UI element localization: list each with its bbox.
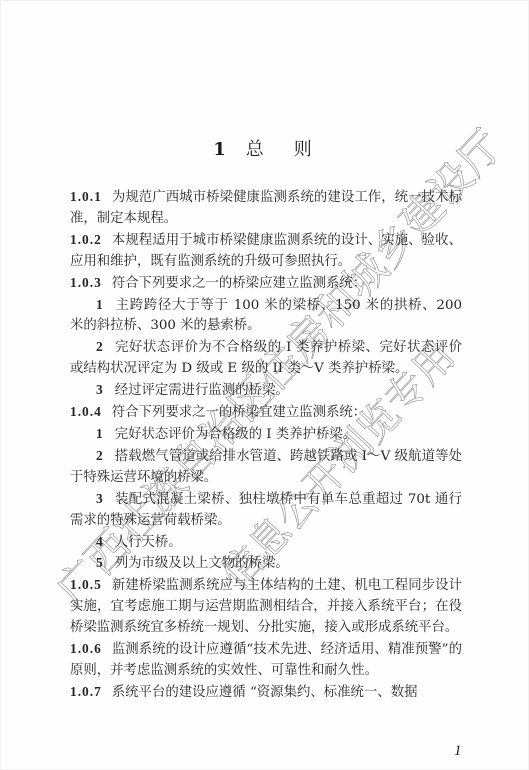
clause-number: 1.0.7 (70, 684, 102, 699)
chapter-title-char: 则 (294, 139, 312, 160)
clause-item: 3装配式混凝土梁桥、独柱墩桥中有单车总重超过 70t 通行需求的特殊运营荷载桥梁… (70, 489, 462, 532)
clause: 1.0.6监测系统的设计应遵循“技术先进、经济适用、精准预警”的原则，并考虑监测… (70, 639, 462, 682)
clause-item: 1主跨跨径大于等于 100 米的梁桥、150 米的拱桥、200 米的斜拉桥、30… (70, 295, 462, 338)
chapter-number: 1 (213, 139, 226, 160)
clause: 1.0.2本规程适用于城市桥梁健康监测系统的设计、实施、验收、应用和维护，既有监… (70, 230, 462, 273)
page-number: 1 (454, 743, 462, 760)
clause: 1.0.5新建桥梁监测系统应与主体结构的土建、机电工程同步设计实施，宜考虑施工期… (70, 575, 462, 639)
body-text: 1.0.1为规范广西城市桥梁健康监测系统的建设工作，统一技术标准，制定本规程。 … (70, 187, 462, 704)
item-number: 3 (96, 491, 103, 506)
clause-item: 2完好状态评价为不合格级的 I 类养护桥梁、完好状态评价或结构状况评定为 D 级… (70, 337, 462, 380)
clause-number: 1.0.6 (70, 641, 102, 656)
clause-number: 1.0.4 (70, 404, 102, 419)
item-number: 4 (96, 534, 103, 549)
clause-number: 1.0.3 (70, 275, 102, 290)
chapter-title: 1总 则 (1, 135, 529, 161)
clause: 1.0.1为规范广西城市桥梁健康监测系统的建设工作，统一技术标准，制定本规程。 (70, 187, 462, 230)
clause: 1.0.4符合下列要求之一的桥梁宜建立监测系统： (70, 402, 462, 424)
clause-number: 1.0.1 (70, 189, 102, 204)
clause-item: 4人行天桥。 (70, 532, 462, 554)
item-number: 1 (96, 426, 103, 441)
clause-item: 5列为市级及以上文物的桥梁。 (70, 553, 462, 575)
item-number: 2 (96, 448, 103, 463)
item-number: 1 (96, 297, 103, 312)
item-number: 5 (96, 555, 103, 570)
clause: 1.0.3符合下列要求之一的桥梁应建立监测系统： (70, 273, 462, 295)
clause-item: 3经过评定需进行监测的桥梁。 (70, 380, 462, 402)
clause: 1.0.7系统平台的建设应遵循 “资源集约、标准统一、数据 (70, 682, 462, 704)
chapter-title-char: 总 (246, 139, 264, 160)
item-number: 2 (96, 339, 103, 354)
clause-item: 2搭载燃气管道或给排水管道、跨越铁路或 I～V 级航道等处于特殊运营环境的桥梁。 (70, 446, 462, 489)
clause-number: 1.0.5 (70, 577, 102, 592)
document-page: 1总 则 1.0.1为规范广西城市桥梁健康监测系统的建设工作，统一技术标准，制定… (0, 0, 529, 770)
clause-number: 1.0.2 (70, 232, 102, 247)
clause-item: 1完好状态评价为合格级的 I 类养护桥梁。 (70, 424, 462, 446)
item-number: 3 (96, 382, 103, 397)
